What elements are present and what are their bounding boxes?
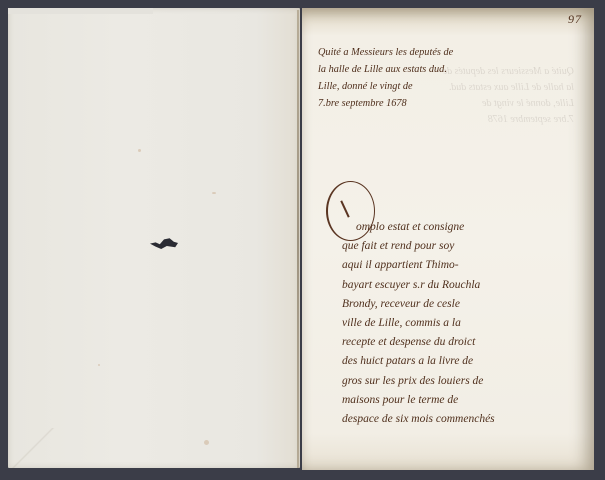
body-line: des huict patars a la livre de — [342, 352, 592, 371]
folio-number: 97 — [568, 12, 582, 27]
left-page — [8, 8, 300, 468]
foxing-spot — [204, 440, 209, 445]
binding-gutter — [297, 10, 299, 468]
body-line: maisons pour le terme de — [342, 391, 592, 410]
body-line: Brondy, receveur de cesle — [342, 295, 592, 314]
account-body-text: omplo estat et consigne que fait et rend… — [342, 218, 592, 429]
margin-note: Quité a Messieurs les deputés de la hall… — [318, 44, 578, 112]
margin-note-line: Lille, donné le vingt de — [318, 78, 573, 95]
body-line: bayart escuyer s.r du Rouchla — [342, 276, 592, 295]
foxing-spot — [98, 364, 100, 366]
margin-note-line: Quité a Messieurs les deputés de — [318, 44, 573, 61]
body-line: recepte et despense du droict — [342, 333, 592, 352]
margin-note-line: la halle de Lille aux estats dud. — [318, 61, 573, 78]
paper-hole — [150, 237, 178, 249]
bleed-line: 7.bre septembre 1678 — [394, 112, 574, 128]
body-line: omplo estat et consigne — [342, 218, 592, 237]
body-line: que fait et rend pour soy — [342, 237, 592, 256]
right-page: 97 Quité a Messieurs les deputés de la h… — [302, 8, 594, 470]
margin-note-line: 7.bre septembre 1678 — [318, 95, 573, 112]
body-line: despace de six mois commenchés — [342, 410, 592, 429]
body-line: gros sur les prix des louiers de — [342, 372, 592, 391]
body-line: aqui il appartient Thimo- — [342, 256, 592, 275]
foxing-spot — [138, 149, 141, 152]
manuscript-spread: 97 Quité a Messieurs les deputés de la h… — [0, 0, 605, 480]
foxing-spot — [212, 192, 216, 194]
body-line: ville de Lille, commis a la — [342, 314, 592, 333]
page-fold-flap — [8, 8, 153, 14]
corner-crease — [8, 428, 58, 468]
